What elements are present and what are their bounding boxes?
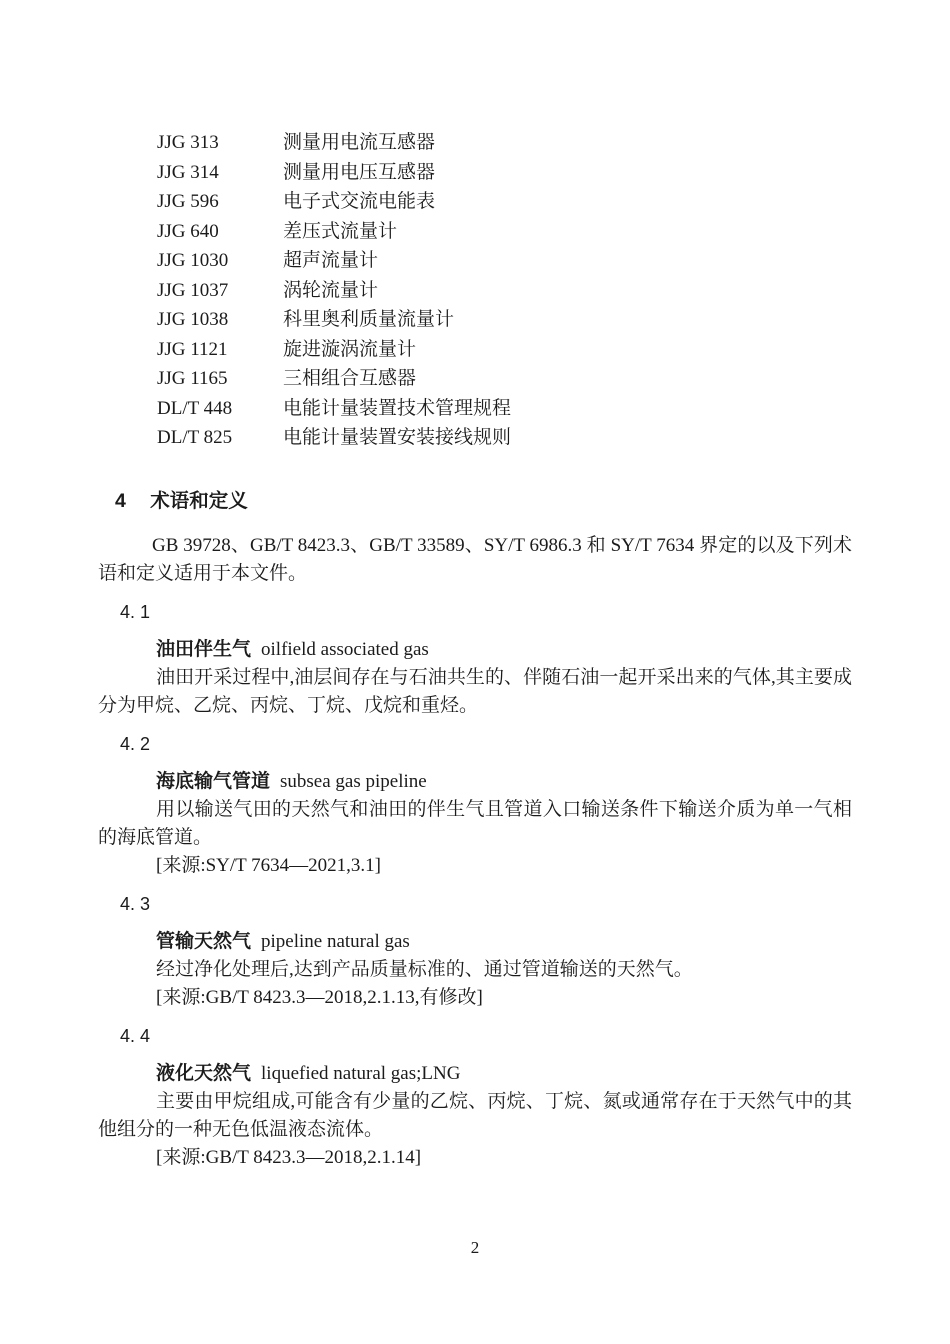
reference-row: JJG 1165 三相组合互感器 [157,364,852,394]
term-block: 4. 1 油田伴生气oilfield associated gas 油田开采过程… [98,598,852,720]
reference-title: 测量用电压互感器 [283,158,435,188]
reference-title: 涡轮流量计 [283,276,378,306]
reference-row: JJG 1121 旋进漩涡流量计 [157,335,852,365]
document-page: JJG 313 测量用电流互感器 JJG 314 测量用电压互感器 JJG 59… [0,0,950,1344]
term-source: [来源:SY/T 7634—2021,3.1] [98,852,852,880]
page-number: 2 [0,1238,950,1258]
term-chinese: 油田伴生气 [156,639,251,660]
reference-code: JJG 1037 [157,276,283,306]
term-source: [来源:GB/T 8423.3—2018,2.1.13,有修改] [98,984,852,1012]
term-line: 油田伴生气oilfield associated gas [98,636,852,664]
term-english: subsea gas pipeline [280,771,427,792]
reference-title: 科里奥利质量流量计 [283,305,454,335]
reference-row: JJG 1037 涡轮流量计 [157,276,852,306]
normative-references-list: JJG 313 测量用电流互感器 JJG 314 测量用电压互感器 JJG 59… [157,128,852,453]
clause-number: 4. 3 [120,890,852,918]
reference-title: 电子式交流电能表 [283,187,435,217]
term-definition: 油田开采过程中,油层间存在与石油共生的、伴随石油一起开采出来的气体,其主要成分为… [98,664,852,720]
clause-number: 4. 2 [120,730,852,758]
reference-code: JJG 1030 [157,246,283,276]
term-source: [来源:GB/T 8423.3—2018,2.1.14] [98,1144,852,1172]
term-definition: 主要由甲烷组成,可能含有少量的乙烷、丙烷、丁烷、氮或通常存在于天然气中的其他组分… [98,1088,852,1144]
reference-code: JJG 1038 [157,305,283,335]
reference-code: JJG 640 [157,217,283,247]
term-line: 海底输气管道subsea gas pipeline [98,768,852,796]
reference-row: JJG 314 测量用电压互感器 [157,158,852,188]
reference-row: JJG 596 电子式交流电能表 [157,187,852,217]
section-heading: 4 术语和定义 [115,487,852,515]
term-english: pipeline natural gas [261,931,410,952]
term-english: liquefied natural gas;LNG [261,1063,460,1084]
reference-code: JJG 314 [157,158,283,188]
reference-title: 三相组合互感器 [283,364,416,394]
term-chinese: 海底输气管道 [156,771,270,792]
reference-row: JJG 1038 科里奥利质量流量计 [157,305,852,335]
term-definition: 经过净化处理后,达到产品质量标准的、通过管道输送的天然气。 [98,956,852,984]
reference-row: JJG 1030 超声流量计 [157,246,852,276]
reference-row: DL/T 825 电能计量装置安装接线规则 [157,423,852,453]
section-intro: GB 39728、GB/T 8423.3、GB/T 33589、SY/T 698… [98,532,852,588]
reference-code: JJG 1121 [157,335,283,365]
term-chinese: 管输天然气 [156,931,251,952]
reference-title: 电能计量装置技术管理规程 [283,394,511,424]
term-block: 4. 4 液化天然气liquefied natural gas;LNG 主要由甲… [98,1022,852,1172]
reference-title: 电能计量装置安装接线规则 [283,423,511,453]
terms-list: 4. 1 油田伴生气oilfield associated gas 油田开采过程… [98,598,852,1172]
reference-code: JJG 1165 [157,364,283,394]
section-number: 4 [115,490,126,512]
reference-title: 测量用电流互感器 [283,128,435,158]
term-block: 4. 2 海底输气管道subsea gas pipeline 用以输送气田的天然… [98,730,852,880]
reference-title: 超声流量计 [283,246,378,276]
section-title: 术语和定义 [150,490,248,512]
reference-code: DL/T 825 [157,423,283,453]
reference-title: 旋进漩涡流量计 [283,335,416,365]
reference-row: JJG 640 差压式流量计 [157,217,852,247]
clause-number: 4. 4 [120,1022,852,1050]
term-english: oilfield associated gas [261,639,429,660]
term-line: 管输天然气pipeline natural gas [98,928,852,956]
clause-number: 4. 1 [120,598,852,626]
term-line: 液化天然气liquefied natural gas;LNG [98,1060,852,1088]
page-content: JJG 313 测量用电流互感器 JJG 314 测量用电压互感器 JJG 59… [98,0,852,1172]
reference-code: JJG 596 [157,187,283,217]
reference-code: DL/T 448 [157,394,283,424]
reference-row: JJG 313 测量用电流互感器 [157,128,852,158]
reference-row: DL/T 448 电能计量装置技术管理规程 [157,394,852,424]
reference-title: 差压式流量计 [283,217,397,247]
term-definition: 用以输送气田的天然气和油田的伴生气且管道入口输送条件下输送介质为单一气相的海底管… [98,796,852,852]
term-chinese: 液化天然气 [156,1063,251,1084]
term-block: 4. 3 管输天然气pipeline natural gas 经过净化处理后,达… [98,890,852,1012]
reference-code: JJG 313 [157,128,283,158]
